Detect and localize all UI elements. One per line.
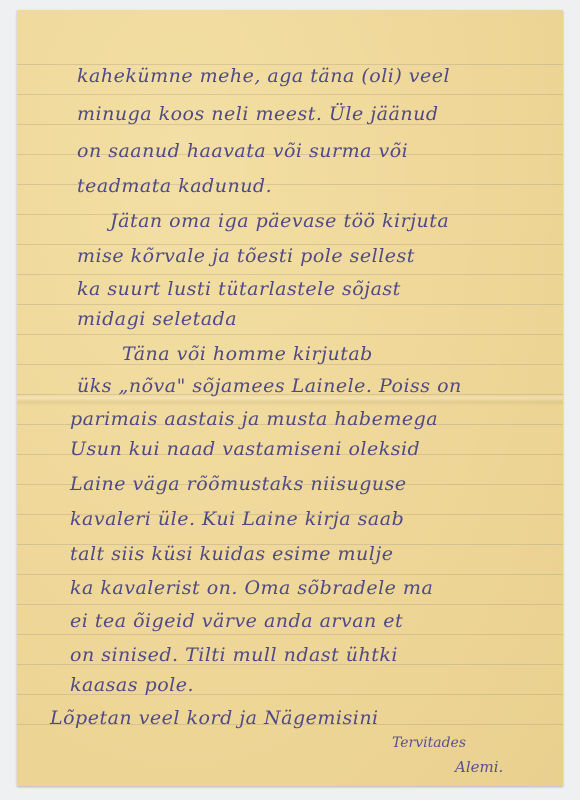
ruled-line [17, 304, 563, 305]
ruled-line [17, 634, 563, 635]
letter-line-2: minuga koos neli meest. Üle jäänud [77, 103, 438, 125]
letter-line-8: midagi seletada [77, 308, 237, 330]
letter-line-4: teadmata kadunud. [77, 175, 272, 197]
letter-line-14: kavaleri üle. Kui Laine kirja saab [70, 508, 404, 530]
letter-line-17: ei tea õigeid värve anda arvan et [70, 610, 403, 632]
letter-page [17, 10, 563, 786]
ruled-line [17, 574, 563, 575]
letter-line-9: Täna või homme kirjutab [122, 343, 373, 365]
letter-line-10: üks „nõva" sõjamees Lainele. Poiss on [77, 375, 462, 397]
letter-line-19: kaasas pole. [70, 674, 194, 696]
ruled-line [17, 334, 563, 335]
letter-line-13: Laine väga rõõmustaks niisuguse [70, 473, 407, 495]
ruled-line [17, 94, 563, 95]
letter-line-5: Jätan oma iga päevase töö kirjuta [110, 210, 449, 232]
letter-line-1: kahekümne mehe, aga täna (oli) veel [77, 65, 450, 87]
closing-greeting: Tervitades [392, 735, 466, 751]
ruled-line [17, 604, 563, 605]
ruled-line [17, 274, 563, 275]
letter-line-6: mise kõrvale ja tõesti pole sellest [77, 245, 415, 267]
letter-line-7: ka suurt lusti tütarlastele sõjast [77, 278, 401, 300]
letter-line-15: talt siis küsi kuidas esime mulje [70, 543, 393, 565]
signature: Alemi. [455, 758, 503, 776]
letter-line-3: on saanud haavata või surma või [77, 140, 408, 162]
letter-line-18: on sinised. Tilti mull ndast ühtki [70, 644, 398, 666]
letter-line-11: parimais aastais ja musta habemega [70, 408, 438, 430]
letter-line-16: ka kavalerist on. Oma sõbradele ma [70, 577, 433, 599]
letter-line-20: Lõpetan veel kord ja Nägemisini [50, 707, 379, 729]
letter-line-12: Usun kui naad vastamiseni oleksid [70, 438, 420, 460]
